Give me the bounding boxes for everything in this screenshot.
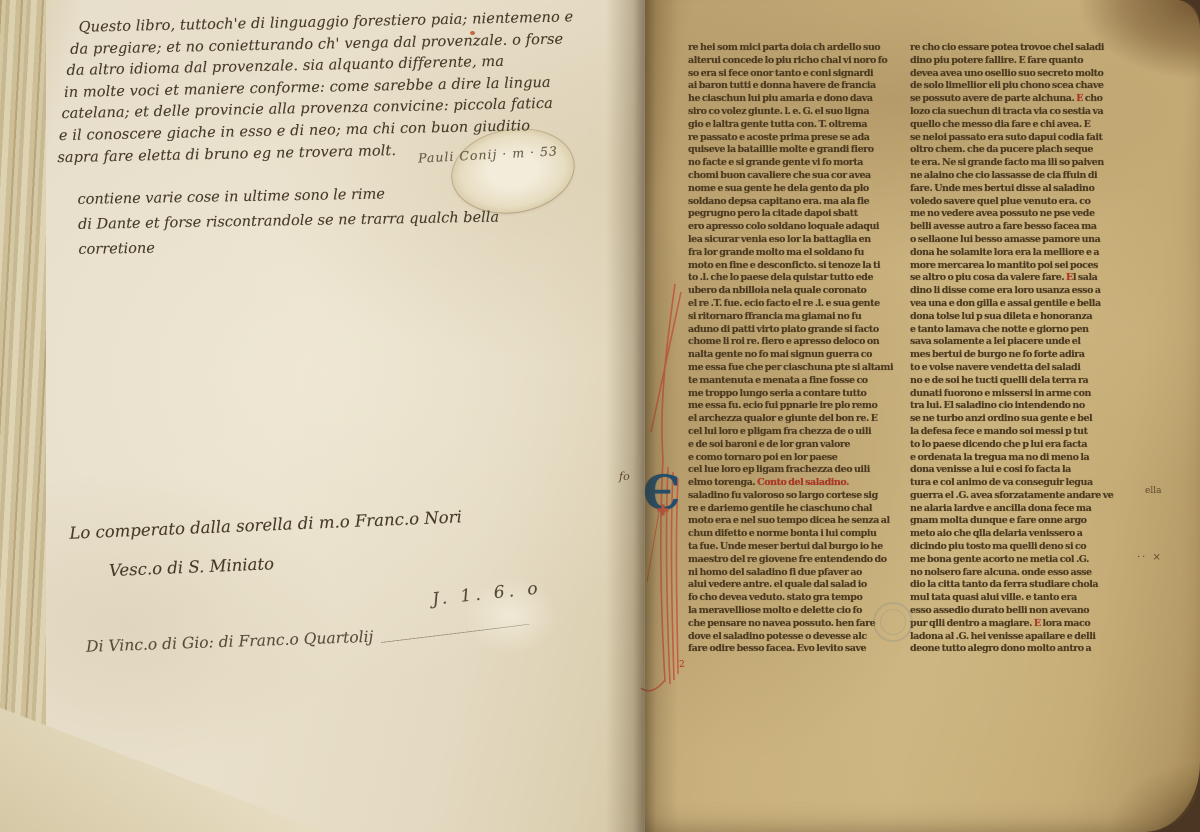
- text-line: elmo torenga. Conto del saladino.: [688, 477, 905, 490]
- text-line: cel lue loro ep ligam frachezza deo uili: [688, 464, 905, 477]
- text-line: ta fue. Unde meser bertui dal burgo io h…: [688, 541, 905, 554]
- text-line: se ne turbo anzi ordino sua gente e bel: [910, 413, 1138, 426]
- text-line: pegrugno pero la citade dapoi sbatt: [688, 208, 905, 221]
- text-line: ne alaino che cio lassasse de cia ffuin …: [910, 170, 1138, 183]
- text-line: dicindo piu tosto ma quelli deno si co: [910, 541, 1138, 554]
- rubric-text: E: [1034, 618, 1041, 629]
- handwritten-note-contents: contiene varie cose in ultime sono le ri…: [77, 178, 638, 263]
- text-line: saladino fu valoroso so largo cortese si…: [688, 490, 905, 503]
- text-line: ero apresso colo soldano loquale adaqui: [688, 221, 905, 234]
- text-line: tura e col animo de va conseguir legua: [910, 477, 1138, 490]
- text-line: aduno di patti virto piato grande si fac…: [688, 324, 905, 337]
- text-line: no e de soi he tucti quelli dela terra r…: [910, 375, 1138, 388]
- text-line: moto era e nel suo tempo dicea he senza …: [688, 515, 905, 528]
- text-line: e tanto lamava che notte e giorno pen: [910, 324, 1138, 337]
- text-line: la defesa fece e mando soi messi p tut: [910, 426, 1138, 439]
- text-line: no nolsero fare alcuna. onde esso asse: [910, 567, 1138, 580]
- text-line: deone tutto alegro dono molto antro a: [910, 643, 1138, 656]
- text-line: oltro chem. che da pucere plach seque: [910, 144, 1138, 157]
- text-line: tra lui. El saladino cio intendendo no: [910, 400, 1138, 413]
- gothic-text-column-2: re cho cio essare potea trovoe chel sala…: [910, 42, 1138, 656]
- text-line: mul tata quasi alui ville. e tanto era: [910, 592, 1138, 605]
- text-line: fra lor grande molto ma el soldano fu: [688, 247, 905, 260]
- text-line: he ciaschun lui piu amaria e dono dava: [688, 93, 905, 106]
- text-line: el archezza qualor e giunte del bon re. …: [688, 413, 905, 426]
- text-line: to .l. che lo paese dela quistar tutto e…: [688, 272, 905, 285]
- text-line: voledo savere quel plue venuto era. co: [910, 196, 1138, 209]
- text-line: pur qlli dentro a magiare. E lora maco: [910, 618, 1138, 631]
- text-line: dino li disse come era loro usanza esso …: [910, 285, 1138, 298]
- text-line: alui vedere antre. el quale dal salad io: [688, 579, 905, 592]
- handwritten-note-purchase: Lo comperato dalla sorella di m.o Franc.…: [69, 490, 632, 591]
- marginal-x-mark: ·· ×: [1137, 552, 1163, 563]
- text-line: esso assedio durato belli non avevano: [910, 605, 1138, 618]
- text-line: nalta gente no fo mai signun guerra co: [688, 349, 905, 362]
- text-line: fare. Unde mes bertui disse al saladino: [910, 183, 1138, 196]
- text-line: moto en fine e desconficto. si tenoze la…: [688, 260, 905, 273]
- text-line: gnam molta dunque e fare onne argo: [910, 515, 1138, 528]
- text-line: sava solamente a lei piacere unde el: [910, 336, 1138, 349]
- text-line: me no vedere avea possuto ne pse vede: [910, 208, 1138, 221]
- text-line: e ordenata la tregua ma no di meno la: [910, 452, 1138, 465]
- text-line: ni homo del saladino fi due pfaver ao: [688, 567, 905, 580]
- text-line: e de soi baroni e de lor gran valore: [688, 439, 905, 452]
- darkened-bottom-right-corner: [1040, 712, 1200, 832]
- text-line: chun difetto e norme bonta i lui compiu: [688, 528, 905, 541]
- text-line: re hei som mici parta doia ch ardello su…: [688, 42, 905, 55]
- right-manuscript-page: Є re hei som mici parta doia ch ardello …: [645, 0, 1200, 832]
- embossed-library-stamp: [873, 602, 913, 642]
- text-line: alterui concede lo piu richo chal vi nor…: [688, 55, 905, 68]
- text-line: vea una e don gilla e assai gentile e be…: [910, 298, 1138, 311]
- text-segment: pur qlli dentro a magiare.: [910, 618, 1034, 629]
- text-line: fo cho devea veduto. stato gra tempo: [688, 592, 905, 605]
- text-line: quiseve la bataillie molte e grandi fier…: [688, 144, 905, 157]
- text-line: ai baron tutti e donna havere de francia: [688, 80, 905, 93]
- text-line: devea avea uno osellio suo secreto molto: [910, 68, 1138, 81]
- text-line: ne alaria lardve e ancilla dona fece ma: [910, 503, 1138, 516]
- rubric-text: E: [1066, 272, 1073, 283]
- gothic-text-column-1: re hei som mici parta doia ch ardello su…: [688, 42, 905, 656]
- text-line: to e volse navere vendetta del saladi: [910, 362, 1138, 375]
- text-line: mes bertui de burgo ne fo forte adira: [910, 349, 1138, 362]
- text-line: te era. Ne si grande facto ma ili so pai…: [910, 157, 1138, 170]
- text-line: belli avesse autro a fare besso facea ma: [910, 221, 1138, 234]
- text-segment: lora maco: [1041, 618, 1091, 629]
- text-line: dona tolse lui p sua dileta e honoranza: [910, 311, 1138, 324]
- text-line: quello che messo dia fare e chi avea. E: [910, 119, 1138, 132]
- text-line: la meravelliose molto e delette cio fo: [688, 605, 905, 618]
- text-line: de solo limellior eli piu chono scea cha…: [910, 80, 1138, 93]
- text-line: me essa fue che per ciaschuna pte si alt…: [688, 362, 905, 375]
- text-line: to lo paese dicendo che p lui era facta: [910, 439, 1138, 452]
- left-flyleaf-page: Questo libro, tuttoch'e di linguaggio fo…: [0, 0, 650, 832]
- marginal-note-outer: ella: [1145, 486, 1161, 496]
- text-line: dona venisse a lui e cosi fo facta la: [910, 464, 1138, 477]
- text-line: lozo cia suechun di tracta via co sestia…: [910, 106, 1138, 119]
- text-line: re passato e acoste prima prese se ada: [688, 132, 905, 145]
- text-line: so era si fece onor tanto e coni signard…: [688, 68, 905, 81]
- text-line: fare odire besso facea. Evo levito save: [688, 643, 905, 656]
- text-line: se possuto avere de parte alchuna. E cho: [910, 93, 1138, 106]
- text-line: lea sicurar venia eso lor la battaglia e…: [688, 234, 905, 247]
- text-line: el re .T. fue. ecio facto el re .l. e su…: [688, 298, 905, 311]
- text-segment: cho: [1083, 93, 1103, 104]
- text-segment: l sala: [1073, 272, 1098, 283]
- text-line: dunati fuorono e missersi in arme con: [910, 388, 1138, 401]
- text-line: meto aio che qlla delaria venissero a: [910, 528, 1138, 541]
- text-line: guerra el .G. avea sforzatamente andare …: [910, 490, 1138, 503]
- text-line: no facte e si grande gente vi fo morta: [688, 157, 905, 170]
- handwritten-provenance-line: Di Vinc.o di Gio: di Franc.o Quartolij: [86, 622, 532, 656]
- text-line: o sellaone lui besso amasse pamore una: [910, 234, 1138, 247]
- text-line: dona he solamite lora era la melliore e …: [910, 247, 1138, 260]
- text-line: re cho cio essare potea trovoe chel sala…: [910, 42, 1138, 55]
- text-line: ubero da nbilloia nela quale coronato: [688, 285, 905, 298]
- text-line: soldano depsa capitano era. ma ala fie: [688, 196, 905, 209]
- text-line: nome e sua gente he dela gento da plo: [688, 183, 905, 196]
- rubric-text: Conto del saladino.: [757, 477, 849, 488]
- text-line: se neloi passato era suto dapui codia fa…: [910, 132, 1138, 145]
- text-line: chome li roi re. fiero e apresso deloco …: [688, 336, 905, 349]
- text-line: re e dariemo gentile he ciaschuno chal: [688, 503, 905, 516]
- text-line: e como tornaro poi en lor paese: [688, 452, 905, 465]
- manuscript-book: Questo libro, tuttoch'e di linguaggio fo…: [0, 0, 1200, 832]
- text-line: more mercarea lo mantito poi sei poces: [910, 260, 1138, 273]
- book-gutter-shadow: [606, 0, 678, 832]
- text-line: siro co volez giunte. l. e. G. el suo li…: [688, 106, 905, 119]
- text-line: me troppo lungo seria a contare tutto: [688, 388, 905, 401]
- text-line: si ritornaro ffrancia ma giamai no fu: [688, 311, 905, 324]
- text-line: se altro o piu cosa da valere fare. El s…: [910, 272, 1138, 285]
- text-line: maestro del re giovene fre entendendo do: [688, 554, 905, 567]
- text-line: me bona gente acorto ne metia col .G.: [910, 554, 1138, 567]
- rubric-text: E: [1076, 93, 1083, 104]
- text-segment: se possuto avere de parte alchuna.: [910, 93, 1076, 104]
- text-line: gio e laltra gente tutta con. T. oltrema: [688, 119, 905, 132]
- text-line: chomi buon cavaliere che sua cor avea: [688, 170, 905, 183]
- text-line: cel lui loro e pligam fra chezza de o ui…: [688, 426, 905, 439]
- text-segment: se altro o piu cosa da valere fare.: [910, 272, 1066, 283]
- text-line: ladona al .G. hei venisse apailare e del…: [910, 631, 1138, 644]
- text-line: me essa fu. ecio fui ppnarie ire plo rem…: [688, 400, 905, 413]
- text-line: te mantenuta e menata a fine fosse co: [688, 375, 905, 388]
- text-line: dove el saladino potesse o devesse alc: [688, 631, 905, 644]
- text-line: dino piu potere fallire. E fare quanto: [910, 55, 1138, 68]
- text-segment: elmo torenga.: [688, 477, 757, 488]
- text-line: dio la citta tanto da ferra studiare cho…: [910, 579, 1138, 592]
